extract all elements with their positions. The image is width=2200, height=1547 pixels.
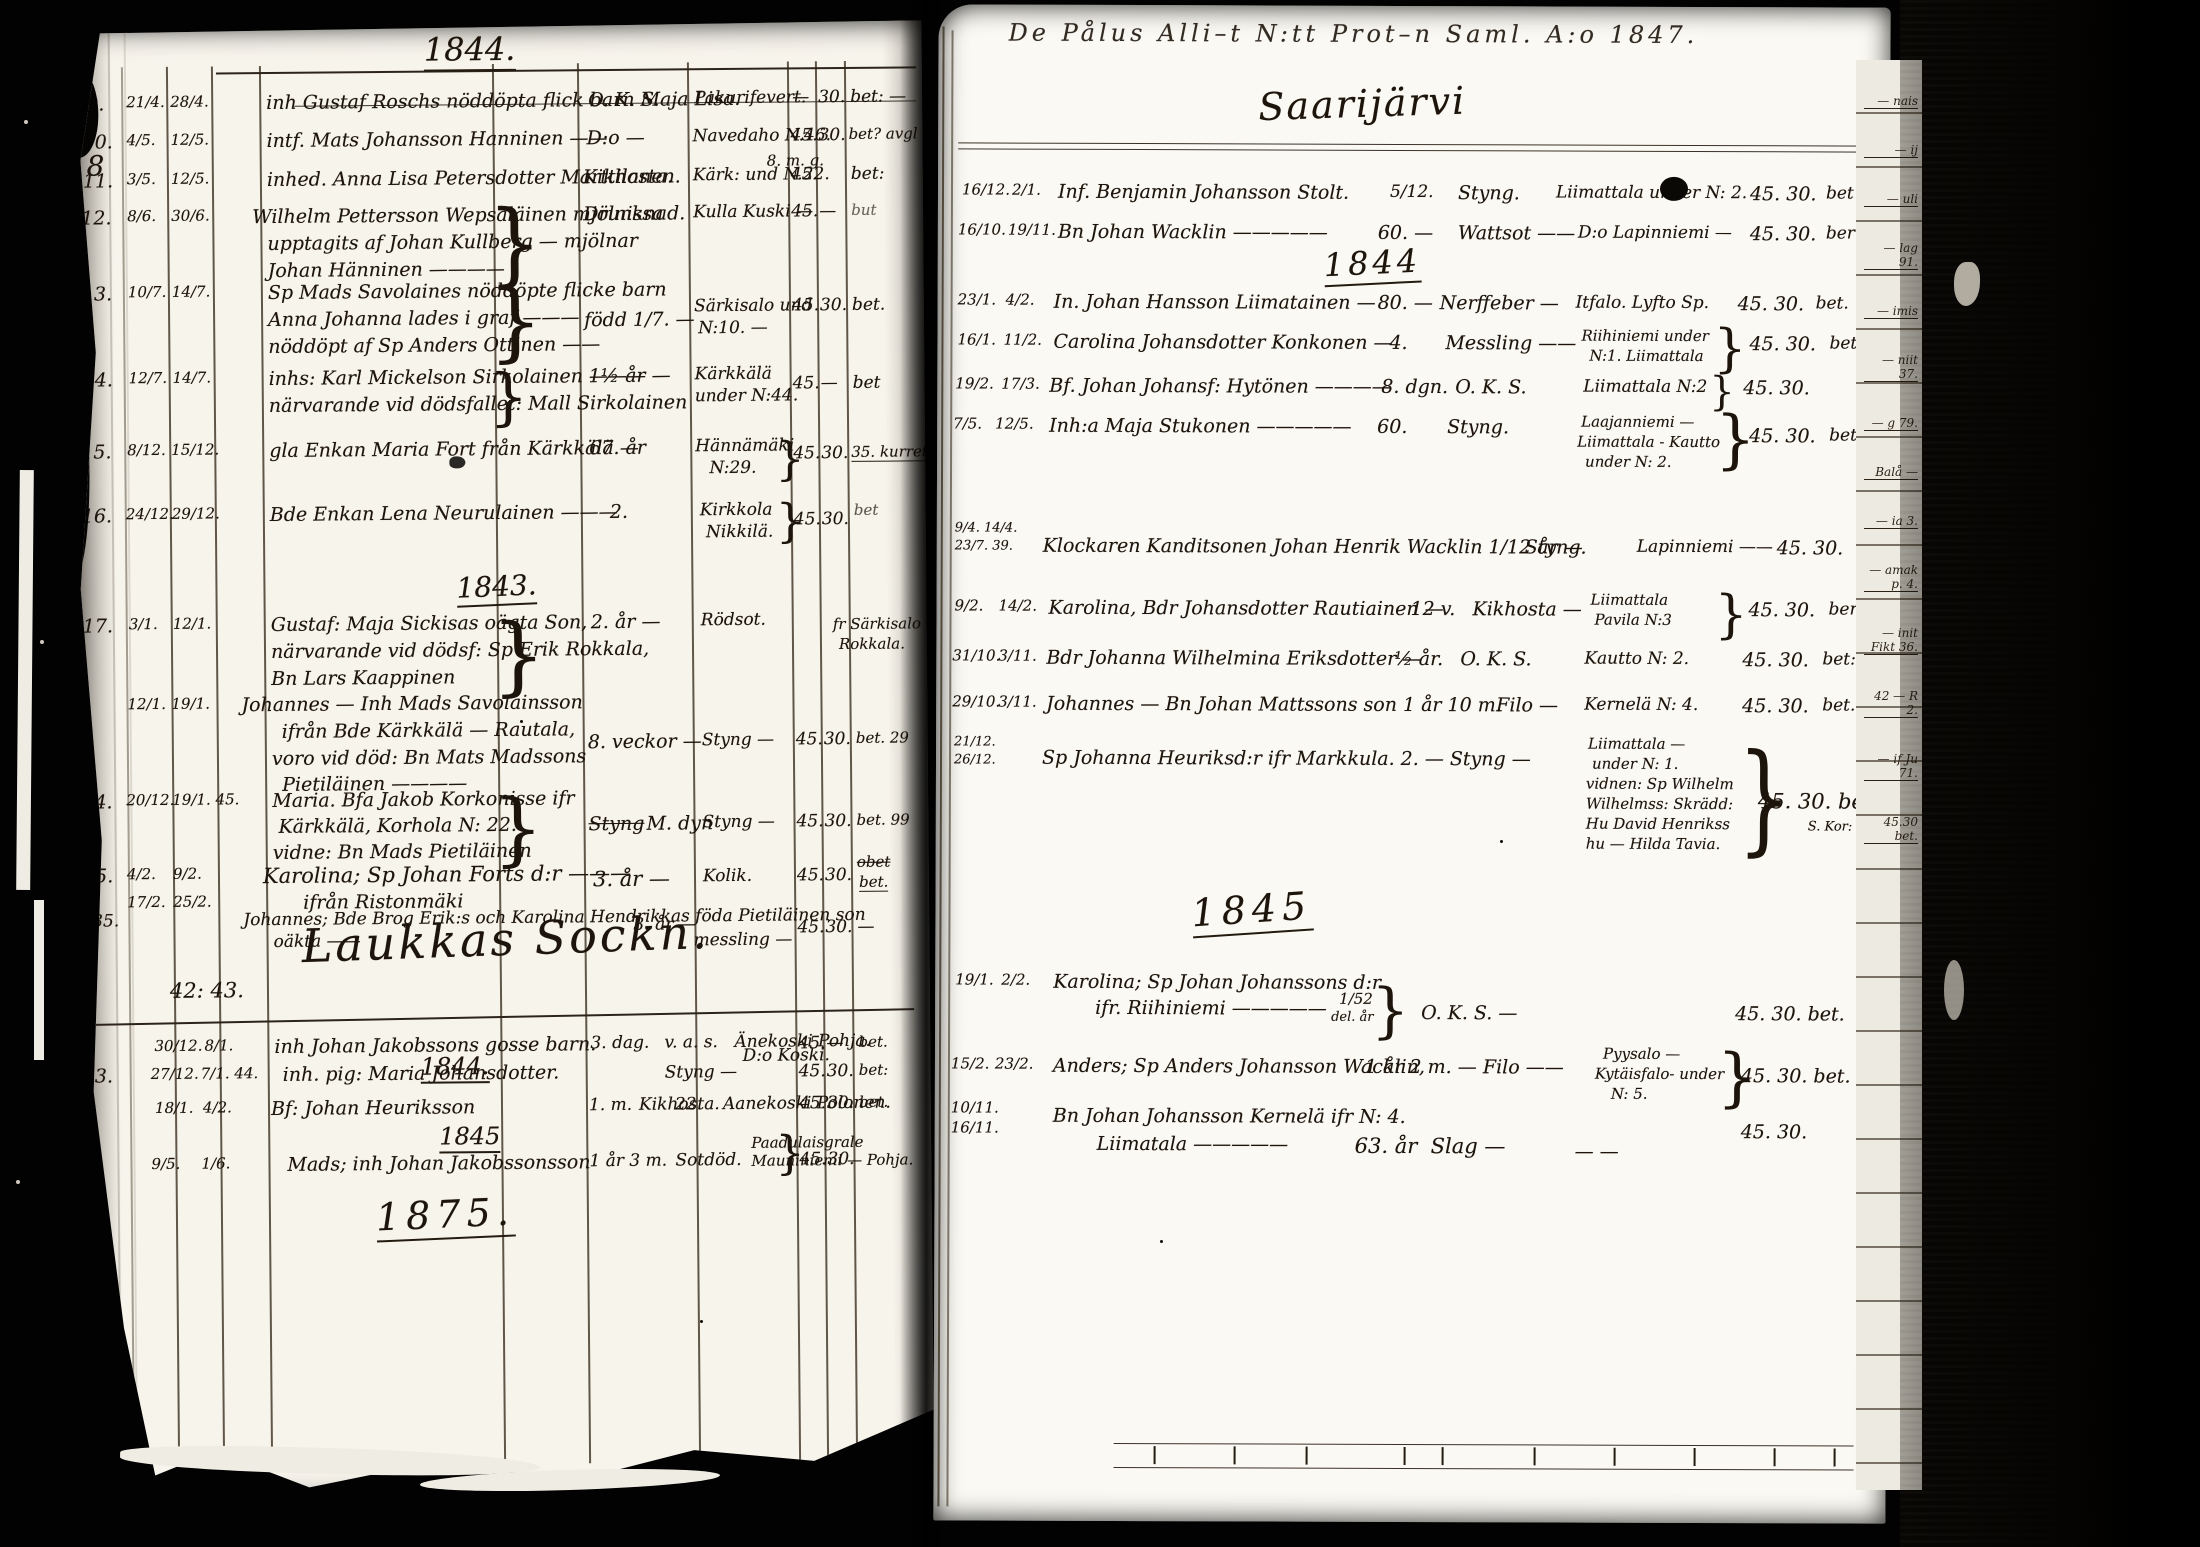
row-number: 17. <box>83 615 113 637</box>
place-name: Itfalo. Lyfto Sp. <box>1576 293 1710 313</box>
fee-amount: 45. <box>796 729 823 749</box>
fee-amount: 30. <box>818 125 845 145</box>
column-tick <box>1774 1448 1776 1466</box>
paid-note: bet. 29 <box>856 728 909 746</box>
fee-amount: 45. 30. <box>1750 223 1817 245</box>
burial-date: 17/3. <box>1001 375 1040 393</box>
grouping-brace: } <box>488 272 544 372</box>
death-date: 17/2. <box>127 893 166 911</box>
margin-fragment: — amak p. 4. <box>1864 563 1918 592</box>
place-name: N: 5. <box>1611 1085 1648 1103</box>
paid-note: bet. <box>859 873 888 892</box>
margin-fragment: — ia 3. <box>1864 514 1918 529</box>
death-date: 10/11. <box>951 1098 999 1116</box>
scan-dust <box>16 1180 20 1184</box>
margin-fragment: Balå — <box>1864 465 1918 480</box>
entry-text: Johannes — Inh Mads Savolainsson <box>241 691 583 716</box>
death-date: 8/6. <box>127 207 156 225</box>
cause-of-death: O. K. S. <box>1460 648 1531 670</box>
place-name: D:o Lapinniemi — <box>1578 223 1732 244</box>
grouping-brace: } <box>1715 403 1756 477</box>
entry-text: Bn Johan Johansson Kernelä ifr N: 4. <box>1053 1105 1406 1128</box>
column-rule <box>121 67 135 1467</box>
death-date: 18/1. <box>155 1099 194 1117</box>
row-number: 15. <box>81 441 111 463</box>
age-value: 1 år 2 m. — <box>1365 1056 1477 1078</box>
burial-date: 2/1. <box>1012 181 1041 199</box>
burial-date: 3/11. <box>998 693 1037 711</box>
burial-date: 15/12. <box>171 440 219 458</box>
cause-of-death: O. K. S. <box>1455 376 1526 398</box>
entry-text: Karolina; Sp Johan Johanssons d:r <box>1053 971 1381 994</box>
place-name: Kernelä N: 4. <box>1584 695 1698 715</box>
column-tick <box>1834 1448 1836 1466</box>
fee-amount: 45. 30. <box>1749 425 1816 447</box>
place-name: Hu David Henrikss <box>1586 815 1730 834</box>
place-name: Kärkkälä <box>695 364 772 385</box>
cause-of-death: Messling —— <box>1445 332 1576 354</box>
cut-off-header-line: De Pålus Alli–t N:tt Prot–n Saml. A:o 18… <box>1008 5 1868 52</box>
burial-date: 8/1. <box>204 1036 233 1054</box>
age-value: 12 v. <box>1411 598 1456 620</box>
register-row: 9. 21/4. 28/4. inh Gustaf Roschs nöddöpt… <box>66 86 922 93</box>
grouping-brace: } <box>1714 585 1747 645</box>
burial-date: 28/4. <box>170 93 209 111</box>
column-rule <box>787 61 801 1461</box>
age-value: 3. dag. <box>590 1033 649 1054</box>
cause-of-death: Kolik. <box>703 866 752 886</box>
entry-text: inh Gustaf Roschs nöddöpta flick barn Ma… <box>266 88 740 114</box>
fee-amount: 45. <box>797 865 824 885</box>
fee-amount: 30. <box>824 811 851 831</box>
fee-amount: 45. <box>799 1061 826 1081</box>
death-date: 20/12. <box>126 791 174 809</box>
place-name: Liimattala under N: 2. <box>1556 182 1747 203</box>
register-row: 19/1. 2/2. Karolina; Sp Johan Johanssons… <box>935 970 1887 973</box>
fee-amount: 30. <box>827 1149 854 1169</box>
ink-blot <box>1660 177 1688 201</box>
register-row: 10. 4/5. 12/5. intf. Mats Johansson Hann… <box>66 124 922 131</box>
fee-amount: 45. <box>796 811 823 831</box>
cause-of-death: Styng — <box>665 1062 737 1083</box>
burial-date: 4/2. <box>1006 291 1035 309</box>
fee-amount: 45. 30. <box>1743 377 1810 399</box>
place-name: Wilhelmss: Skrädd: <box>1586 795 1733 814</box>
paid-note: bet <box>1826 183 1854 203</box>
torn-paper-layer <box>34 900 44 1060</box>
death-date: 24/12. <box>126 505 174 523</box>
burial-date: 14/7. <box>172 283 211 301</box>
entry-text: Johannes — Bn Johan Mattssons son 1 år 1… <box>1046 693 1502 717</box>
age-value: 80. — <box>1378 292 1433 314</box>
paid-note: but <box>851 201 876 219</box>
death-date: 19/2. <box>955 374 994 392</box>
entry-text: Bdr Johanna Wilhelmina Eriksdotter — <box>1046 647 1421 670</box>
age-value: 2. år — <box>591 611 661 634</box>
burial-date: 26/12. <box>954 752 996 767</box>
margin-fragment: — if Ju 71. <box>1864 752 1918 781</box>
scan-edge-grain <box>1900 0 2200 1547</box>
cause-of-death: Filo — <box>1496 694 1558 716</box>
entry-text: Johan Hänninen ———— <box>268 258 505 282</box>
entry-text: upptagits af Johan Kullberg — mjölnar <box>267 230 638 255</box>
entry-text: närvarande vid dödsf: Sp Erik Rokkala, <box>271 638 649 663</box>
grouping-brace: } <box>775 431 805 485</box>
margin-fragment: — niit 37. <box>1864 353 1918 382</box>
entry-text: Karolina, Bdr Johansdotter Rautiainen — <box>1049 597 1444 620</box>
age-value: 2. <box>610 501 628 523</box>
register-row: 19/2. 17/3. Bf. Johan Johansf: Hytönen —… <box>937 374 1889 377</box>
entry-text: Sp Johanna Heuriksd:r ifr Markkula. 2. —… <box>1042 747 1531 771</box>
margin-fragment: — lag 91. <box>1864 241 1918 270</box>
fee-amount: 30. <box>820 295 847 315</box>
cause-of-death: Styng. <box>1458 182 1520 204</box>
burial-date: 7/1. 44. <box>201 1064 259 1083</box>
paid-note: bet. <box>1822 695 1855 715</box>
origin-note: Rokkala. <box>839 634 905 653</box>
cause-of-death: v. a. s. <box>664 1032 718 1052</box>
page-crease <box>108 27 123 1505</box>
age-value: 67. år <box>589 437 646 459</box>
page-border-rule <box>946 30 953 1506</box>
cause-of-death: Rödsot. <box>701 610 766 631</box>
cause-of-death: Kikhosta — <box>1473 598 1582 620</box>
burial-date: 9/2. <box>173 865 202 883</box>
fee-amount: 45. <box>799 1093 826 1113</box>
column-tick <box>1306 1447 1308 1465</box>
age-value: 1. m. <box>589 1095 632 1115</box>
fee-amount: — <box>792 87 809 107</box>
death-date: 19/1. <box>955 970 994 988</box>
paid-note: — <box>857 917 874 937</box>
age-value: 3. år — <box>593 867 670 892</box>
place-name: Liimattala <box>1591 591 1669 609</box>
column-rule <box>166 67 180 1467</box>
row-number: 43. <box>83 1065 113 1087</box>
torn-paper-layer <box>16 470 34 890</box>
column-tick <box>1404 1447 1406 1465</box>
cause-of-death-struck: Styng <box>588 813 644 835</box>
age-value: 60. <box>1377 416 1407 438</box>
burial-date: 1/6. <box>201 1154 230 1172</box>
entry-text: nöddöpt af Sp Anders Ottinen —— <box>268 333 600 358</box>
cause-of-death: Nerffeber — <box>1440 292 1559 314</box>
scan-dust <box>1954 262 1980 306</box>
margin-fragment: 42 — R 2. <box>1864 689 1918 718</box>
scan-dust <box>40 640 44 644</box>
death-date: 4/2. <box>127 865 156 883</box>
column-rule <box>687 62 701 1462</box>
place-name: Liimattala N:2 <box>1583 377 1707 397</box>
register-row: 29/10. 3/11. Johannes — Bn Johan Mattsso… <box>936 692 1888 695</box>
place-name: Nikkilä. <box>706 522 774 543</box>
column-tick <box>1234 1446 1236 1464</box>
place-name: Pavila N:3 <box>1594 611 1671 629</box>
title-rule <box>958 148 1870 152</box>
burial-date: 4/2. <box>203 1098 232 1116</box>
underlying-page-edge: — nais — ij — uli — lag 91. — imis — nii… <box>1856 60 1922 1490</box>
fee-amount: 45. 30. <box>1738 293 1805 315</box>
margin-fragment: — nais <box>1864 94 1918 109</box>
paid-note: bet <box>853 373 881 393</box>
age-value: 5/12. <box>1390 182 1434 202</box>
entry-text: Inh:a Maja Stukonen ————— <box>1049 415 1351 438</box>
burial-date: 2/2. <box>1001 971 1030 989</box>
burial-date: 3/11. <box>998 647 1037 665</box>
cause-of-death: Kikhosta. <box>639 1094 720 1115</box>
burial-date: 14/2. <box>999 597 1038 615</box>
age-value: ½ år. <box>1394 648 1443 670</box>
death-date: 9/5. <box>151 1155 180 1173</box>
column-rule <box>211 66 225 1466</box>
grouping-brace: } <box>775 1125 805 1179</box>
paid-note: bet. <box>852 295 885 315</box>
paid-note: bet. <box>859 1093 888 1111</box>
death-date: 15/2. <box>951 1054 990 1072</box>
cause-of-death: O. K. S. — <box>1421 1002 1517 1024</box>
fee-amount: 45. 30. <box>1750 183 1817 205</box>
death-date: 3/1. <box>129 615 158 633</box>
year-header-1844-small: 1844. <box>421 1052 490 1084</box>
death-date: 9/2. <box>955 596 984 614</box>
parish-header-saarijarvi: Saarijärvi <box>1258 79 1467 130</box>
fee-amount: 45. 30. <box>1749 599 1816 621</box>
place-name: Kirkkola <box>700 500 773 521</box>
scan-dust <box>24 120 28 124</box>
age-value: 8. veckor — <box>588 730 702 753</box>
age-value: del. år <box>1331 1010 1373 1025</box>
fee-amount: 30. <box>825 865 852 885</box>
margin-fragment: — imis <box>1864 304 1918 319</box>
year-header-1845-small: 1845 <box>439 1122 500 1154</box>
fee-amount: 45. <box>797 917 824 937</box>
death-date: 7/5. <box>953 414 982 432</box>
death-date: 4/5. <box>126 131 155 149</box>
bottom-rule <box>1114 1467 1854 1471</box>
tear-damage <box>54 358 90 578</box>
death-date: 21/12. <box>954 734 996 749</box>
burial-date: 14/7. <box>173 369 212 387</box>
title-rule <box>958 142 1870 146</box>
tear-damage <box>58 67 99 157</box>
right-page: De Pålus Alli–t N:tt Prot–n Saml. A:o 18… <box>933 4 1890 1523</box>
fee-amount: 30. <box>818 87 845 107</box>
paid-note: bet: <box>851 164 885 184</box>
grouping-brace: } <box>776 493 806 547</box>
paid-note: bet. <box>858 1033 887 1051</box>
death-date: 16/10. <box>958 220 1006 238</box>
paid-note: bet. 99 <box>856 810 909 828</box>
burial-date: 12/5. <box>995 415 1034 433</box>
paid-note: bet. <box>1816 293 1849 313</box>
burial-date: 19/1. 45. <box>172 790 239 809</box>
age-value: 60. — <box>1378 222 1433 244</box>
birth-note: född 1/7. — <box>584 308 695 331</box>
column-tick <box>1154 1446 1156 1464</box>
gutter-shadow <box>882 20 935 1498</box>
margin-note: 42: 43. <box>170 978 244 1003</box>
left-page: 18 1844. 9. 21/4. 28/4. inh Gustaf Rosch… <box>66 20 935 1505</box>
entry-text: närvarande vid dödsfallet: Mall Sirkolai… <box>269 391 688 417</box>
place-name: Pyysalo — <box>1603 1045 1680 1063</box>
fee-amount: 30. <box>824 729 851 749</box>
burial-date: 12/1. <box>173 615 212 633</box>
entry-text: Mads; inh Johan Jakobssonsson <box>287 1151 590 1176</box>
entry-text: ifrån Bde Kärkkälä — Rautala, <box>282 718 576 743</box>
column-tick <box>1442 1447 1444 1465</box>
column-tick <box>1614 1448 1616 1466</box>
fee-amount: 30. <box>822 509 849 529</box>
register-row: 31/10. 3/11. Bdr Johanna Wilhelmina Erik… <box>936 646 1888 649</box>
entry-text: ifr. Riihiniemi ————— <box>1095 997 1327 1020</box>
margin-fragment: — uli <box>1864 192 1918 207</box>
fee-amount: 30. <box>827 1093 854 1113</box>
age-value: 1 år 3 m. <box>589 1151 667 1172</box>
entry-text: Bf: Johan Heuriksson <box>271 1096 475 1120</box>
paper-speck <box>520 720 523 723</box>
place-name: Liimattala — <box>1588 735 1685 753</box>
entry-text: Klockaren Kanditsonen Johan Henrik Wackl… <box>1043 535 1583 559</box>
cut-off-text: De Pålus Alli–t N:tt Prot–n Saml. A:o 18… <box>1009 19 1699 49</box>
entry-text: Bn Johan Wacklin ————— <box>1058 221 1328 244</box>
burial-date: 30/6. <box>171 207 210 225</box>
scanned-register-photo: 18 1844. 9. 21/4. 28/4. inh Gustaf Rosch… <box>0 0 2200 1547</box>
year-header-1844: 1844. <box>424 30 516 72</box>
origin-note: fr Särkisalo <box>833 614 921 633</box>
margin-fragment: — g 79. <box>1864 416 1918 431</box>
register-row: 16/1. 11/2. Carolina Johansdotter Konkon… <box>938 330 1890 333</box>
row-number: 12. <box>81 207 111 229</box>
place-name: under N: 2. <box>1585 453 1672 471</box>
register-row: 9/4. 14/4. 23/7. 39. Klockaren Kanditson… <box>937 534 1889 537</box>
year-header-1875: 1875. <box>375 1189 516 1242</box>
entry-text: intf. Mats Johansson Hanninen —— <box>266 127 607 152</box>
column-tick <box>1534 1447 1536 1465</box>
age-value: 63. år <box>1355 1134 1418 1158</box>
paper-speck <box>1500 840 1503 843</box>
fee-amount: 45. <box>791 164 818 184</box>
death-date: 31/10. <box>952 646 1000 664</box>
fee-amount: 30. <box>827 1061 854 1081</box>
paid-note: ber <box>1826 223 1855 243</box>
paid-note: bet <box>854 501 879 519</box>
cause-of-death: Kikhosta. <box>583 165 673 188</box>
fee-amount: — <box>821 373 838 393</box>
paid-note-struck: obet <box>857 853 891 871</box>
register-row: 16/10. 19/11. Bn Johan Wacklin ————— 60.… <box>938 220 1890 223</box>
cause-of-death: Styng. <box>1525 536 1587 558</box>
place-name: Pakurifevert. <box>694 87 806 108</box>
death-date: 12/1. <box>127 695 166 713</box>
burial-date: 16/11. <box>951 1118 999 1136</box>
death-date: 27/12. <box>151 1065 199 1083</box>
year-header-1845: 1845 <box>1190 883 1314 938</box>
margin-fragment: — ij <box>1864 143 1918 158</box>
death-date: 3/5. <box>127 170 156 188</box>
page-border-rule <box>937 26 944 1506</box>
register-row: 16/12. 2/1. Inf. Benjamin Johansson Stol… <box>938 180 1890 183</box>
age-value: 1½ år — <box>589 364 671 387</box>
place-name: Laajanniemi — <box>1581 413 1694 431</box>
entry-text: Bf. Johan Johansf: Hytönen ———— <box>1049 375 1391 398</box>
entry-text: Bde Enkan Lena Neurulainen ——— <box>270 501 618 526</box>
ink-smudge <box>449 456 465 468</box>
death-date: 29/10. <box>952 692 1000 710</box>
register-row: 11. 3/5. 12/5. inhed. Anna Lisa Petersdo… <box>67 163 923 170</box>
cause-of-death: O. K. S. <box>588 89 659 112</box>
place-name: N:1. Liimattala <box>1589 347 1703 365</box>
fee-amount: 45. 30. <box>1741 1121 1808 1143</box>
burial-date: 23/2. <box>995 1055 1034 1073</box>
place-name: under N: 1. <box>1592 755 1679 773</box>
paid-note: bet: <box>1822 649 1856 669</box>
margin-fragment: — init Fikt 36. <box>1864 626 1918 655</box>
fee-amount: — <box>819 201 836 221</box>
scan-dust <box>1944 960 1964 1020</box>
fee-amount: 45. <box>791 201 818 221</box>
place-name: vidnen: Sp Wilhelm <box>1586 775 1734 794</box>
place-name: Kytäisfalo- under <box>1595 1065 1724 1083</box>
paper-speck <box>700 1320 703 1323</box>
burial-date: 29/12. <box>172 504 220 522</box>
tear-damage <box>70 1208 101 1328</box>
burial-date: 12/5. <box>171 170 210 188</box>
fee-amount: 45. 30. <box>1777 537 1844 559</box>
row-number: 11. <box>83 170 113 192</box>
column-rule <box>815 61 829 1461</box>
place-name: hu — Hilda Tavia. <box>1586 835 1721 853</box>
entry-text: Inf. Benjamin Johansson Stolt. <box>1058 181 1349 204</box>
row-number: 14. <box>83 369 113 391</box>
cause-of-death: Styng — <box>702 812 774 833</box>
paid-note: bet: <box>859 1061 889 1079</box>
death-date: 16/12. <box>962 180 1010 198</box>
margin-fragment: 45.30 bet. <box>1864 815 1918 844</box>
entry-text: Bn Lars Kaappinen <box>271 666 455 690</box>
cause-of-death: Slag — <box>1431 1134 1506 1158</box>
place-name: N:29. <box>709 458 756 478</box>
cause-of-death: Filo —— <box>1483 1056 1564 1078</box>
place-name: under N:44. <box>695 385 799 406</box>
section-rule <box>94 1008 914 1026</box>
burial-date: 25/2. <box>173 893 212 911</box>
death-date: 9/4. 14/4. <box>955 520 1018 535</box>
entry-text: voro vid död: Bn Mats Madssons <box>272 745 586 770</box>
register-row: 30/12. 8/1. inh Johan Jakobssons gosse b… <box>74 1030 930 1037</box>
burial-date: 19/1. <box>171 695 210 713</box>
grouping-brace: } <box>1717 1041 1758 1115</box>
fee-amount: 45. 30. <box>1742 695 1809 717</box>
age-value: 8. dgn. <box>1381 376 1448 398</box>
fee-amount: 45. <box>790 125 817 145</box>
cause-of-death: Sotdöd. <box>675 1150 741 1171</box>
cause-of-death: Wattsot —— <box>1458 222 1575 244</box>
burial-date: 11/2. <box>1003 331 1042 349</box>
place-name: Kautto N: 2. <box>1584 649 1689 669</box>
fee-amount: 30. <box>821 443 848 463</box>
death-date: 30/12. <box>154 1037 202 1055</box>
paid-note: 35. kurret <box>851 442 928 462</box>
age-value: 4. <box>1389 332 1407 354</box>
grouping-brace: } <box>488 360 528 433</box>
cause-of-death: Drunknad. <box>583 202 685 225</box>
entry-text: Liimatala ————— <box>1097 1133 1289 1156</box>
paper-speck <box>1160 1240 1163 1243</box>
place-name: Liimattala - Kautto <box>1577 433 1720 451</box>
entry-text: Sp Mads Savolaines nöddöpte flicke barn <box>268 279 667 304</box>
row-number: 45. <box>83 865 113 887</box>
age-value: 1/52 <box>1339 990 1373 1008</box>
